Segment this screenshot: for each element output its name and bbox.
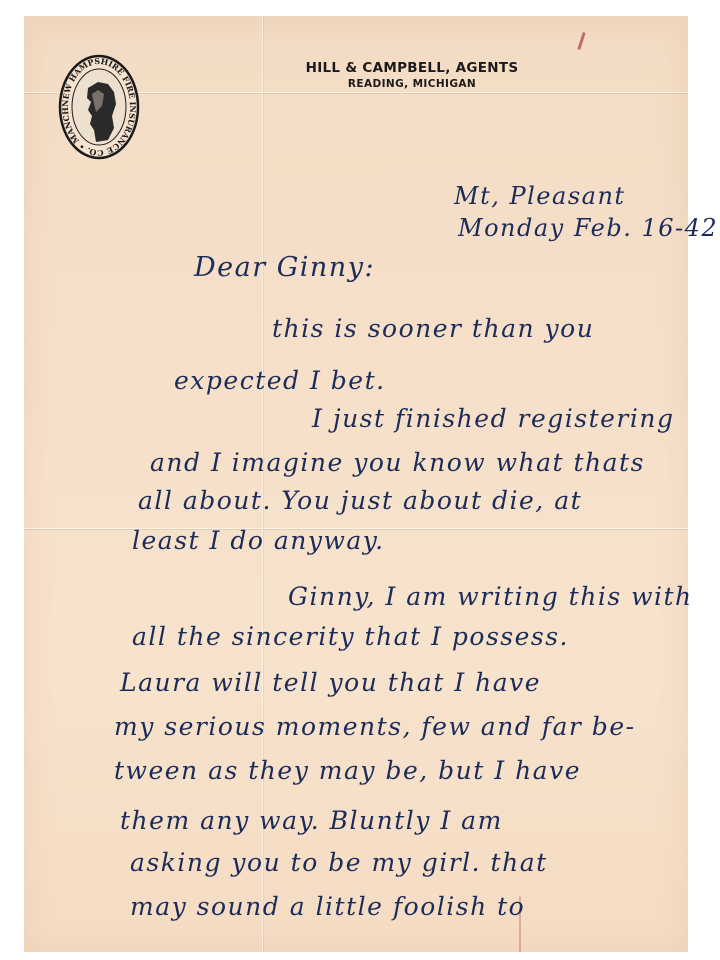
insurance-seal-icon: NEW HAMPSHIRE FIRE INSURANCE CO. • MANCH… [58,54,140,160]
letter-date: Monday Feb. 16-42 [458,214,718,242]
body-line: this is sooner than you [272,314,594,343]
letterhead: HILL & CAMPBELL, AGENTS READING, MICHIGA… [262,60,562,90]
red-ink-mark [577,32,585,50]
body-line: I just finished registering [312,404,675,433]
body-line: my serious moments, few and far be- [114,712,636,741]
body-line: them any way. Bluntly I am [120,806,503,835]
salutation: Dear Ginny: [194,252,375,283]
body-line: all the sincerity that I possess. [132,622,569,651]
company-location: READING, MICHIGAN [262,78,562,90]
company-name: HILL & CAMPBELL, AGENTS [262,60,562,76]
body-line: Laura will tell you that I have [120,668,541,697]
body-line: least I do anyway. [132,526,385,555]
body-line: asking you to be my girl. that [130,848,548,877]
body-line: and I imagine you know what thats [150,448,645,477]
letter-page: NEW HAMPSHIRE FIRE INSURANCE CO. • MANCH… [24,16,688,952]
body-line: expected I bet. [174,366,386,395]
body-line: may sound a little foolish to [130,892,525,921]
body-line: tween as they may be, but I have [114,756,581,785]
letter-place: Mt, Pleasant [454,182,626,210]
body-line: Ginny, I am writing this with [288,582,693,611]
body-line: all about. You just about die, at [138,486,582,515]
